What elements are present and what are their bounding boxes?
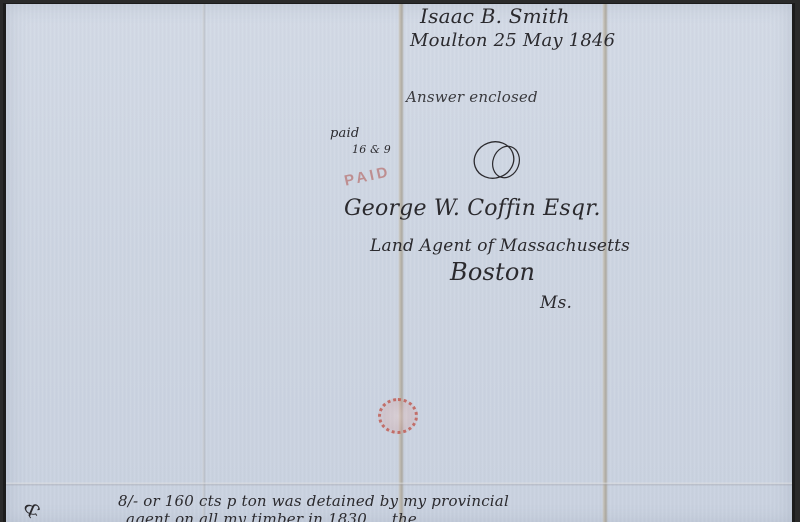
fold-line-vertical-1 bbox=[202, 4, 206, 522]
docket-note: Answer enclosed bbox=[406, 88, 538, 106]
paid-amount: 16 & 9 bbox=[352, 143, 391, 156]
fold-line-horizontal bbox=[6, 482, 792, 486]
letter-sheet bbox=[6, 4, 792, 522]
address-city: Boston bbox=[450, 258, 535, 286]
docket-place-date: Moulton 25 May 1846 bbox=[410, 30, 615, 51]
docket-sender: Isaac B. Smith bbox=[420, 4, 570, 28]
body-text-line-1: 8/- or 160 cts p ton was detained by my … bbox=[118, 492, 509, 510]
body-text-line-2: agent on all my timber in 1830 ... the bbox=[126, 510, 417, 522]
address-state: Ms. bbox=[540, 293, 572, 313]
paid-note: paid bbox=[330, 126, 359, 141]
fold-line-vertical-2 bbox=[398, 4, 404, 522]
postage-circle-mark-icon bbox=[470, 128, 530, 184]
fold-line-vertical-3 bbox=[602, 4, 608, 522]
wax-seal-icon bbox=[378, 398, 418, 434]
address-recipient: George W. Coffin Esqr. bbox=[344, 196, 601, 221]
address-title: Land Agent of Massachusetts bbox=[370, 236, 630, 256]
